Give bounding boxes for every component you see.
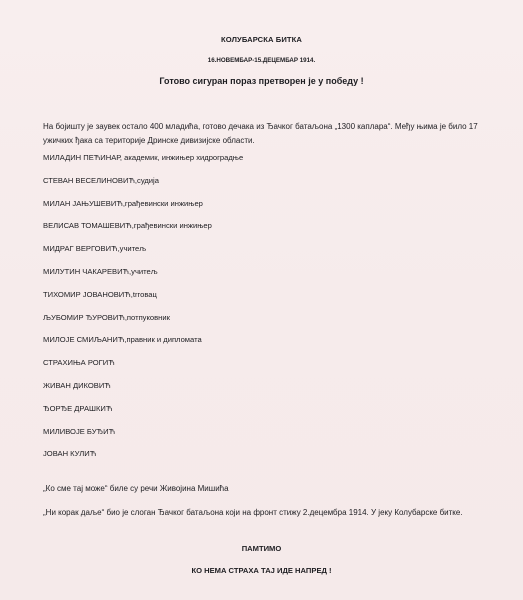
list-item: МИЛОЈЕ СМИЉАНИЋ,правник и дипломата	[43, 334, 243, 357]
intro-paragraph: На бојишту је заувек остало 400 младића,…	[43, 120, 503, 148]
list-item: ТИХОМИР ЈОВАНОВИЋ,trговац	[43, 289, 243, 312]
document-title: КОЛУБАРСКА БИТКА	[0, 35, 523, 44]
list-item: СТРАХИЊА РОГИЋ	[43, 357, 243, 380]
list-item: МИДРАГ ВЕРГОВИЋ,учитељ	[43, 243, 243, 266]
list-item: МИЛУТИН ЧАКАРЕВИЋ,учитељ	[43, 266, 243, 289]
names-list: МИЛАДИН ПЕЋИНАР, академик, инжињер хидро…	[43, 152, 243, 471]
list-item: СТЕВАН ВЕСЕЛИНОВИЋ,судија	[43, 175, 243, 198]
quote-battalion: „Ни корак даље“ био је слоган Ђачког бат…	[43, 506, 503, 520]
motto-heading: КО НЕМА СТРАХА ТАЈ ИДЕ НАПРЕД !	[0, 566, 523, 575]
list-item: ЉУБОМИР ЂУРОВИЋ,потпуковник	[43, 312, 243, 335]
list-item: МИЛИВОЈЕ БУЂИЋ	[43, 426, 243, 449]
list-item: МИЛАН ЈАЊУШЕВИЋ,грађевински инжињер	[43, 198, 243, 221]
list-item: МИЛАДИН ПЕЋИНАР, академик, инжињер хидро…	[43, 152, 243, 175]
list-item: ЈОВАН КУЛИЋ	[43, 448, 243, 471]
document-page: КОЛУБАРСКА БИТКА 16.НОВЕМБАР-15.ДЕЦЕМБАР…	[0, 0, 523, 600]
document-dates: 16.НОВЕМБАР-15.ДЕЦЕМБАР 1914.	[0, 57, 523, 64]
quote-misic: „Ко сме тај може“ биле су речи Живојина …	[43, 484, 229, 493]
document-headline: Готово сигуран пораз претворен је у побе…	[0, 76, 523, 86]
list-item: ЂОРЂЕ ДРАШКИЋ	[43, 403, 243, 426]
remember-heading: ПАМТИМО	[0, 544, 523, 553]
list-item: ВЕЛИСАВ ТОМАШЕВИЋ,грађевински инжињер	[43, 220, 243, 243]
list-item: ЖИВАН ДИКОВИЋ	[43, 380, 243, 403]
